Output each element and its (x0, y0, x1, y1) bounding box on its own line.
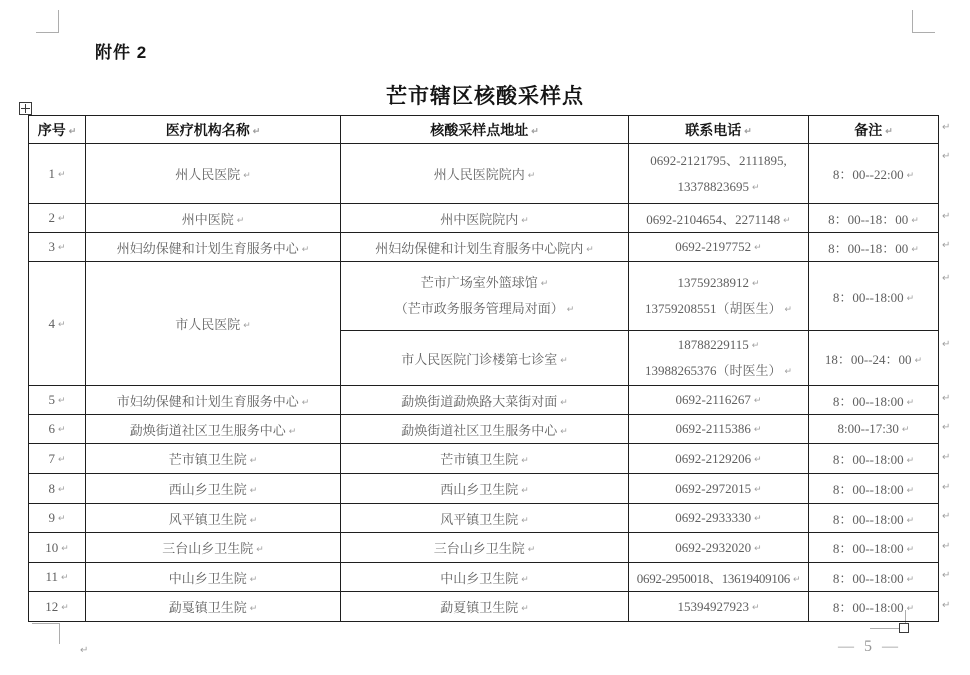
cell-note: 8：00--18:00 (809, 504, 939, 533)
cell-address: 西山乡卫生院 (341, 474, 629, 504)
cell-institution: 州中医院 (86, 204, 341, 233)
cell-no: 12 (29, 592, 86, 622)
cell-address: 勐夏镇卫生院 (341, 592, 629, 622)
cell-no: 9 (29, 504, 86, 533)
paragraph-mark-icon (942, 536, 954, 548)
crop-mark-top-left-icon (36, 10, 59, 33)
cell-institution: 三台山乡卫生院 (86, 533, 341, 563)
cell-no: 1 (29, 144, 86, 204)
table-row: 12 勐戛镇卫生院 勐夏镇卫生院 15394927923 8：00--18:00 (29, 592, 939, 622)
table-row: 5 市妇幼保健和计划生育服务中心 勐焕街道勐焕路大菜街对面 0692-21162… (29, 386, 939, 415)
table-row: 4 市人民医院 芒市广场室外篮球馆 （芒市政务服务管理局对面） 13759238… (29, 262, 939, 331)
paragraph-mark-icon (942, 117, 954, 129)
cell-no: 7 (29, 444, 86, 474)
paragraph-mark-icon (942, 146, 954, 158)
cell-phone: 18788229115 13988265376（时医生） (629, 331, 809, 386)
header-address: 核酸采样点地址 (341, 116, 629, 144)
cell-institution: 市人民医院 (86, 262, 341, 386)
cell-phone: 0692-2116267 (629, 386, 809, 415)
cell-institution: 中山乡卫生院 (86, 563, 341, 592)
cell-no: 5 (29, 386, 86, 415)
cell-phone: 13759238912 13759208551（胡医生） (629, 262, 809, 331)
page-title: 芒市辖区核酸采样点 (0, 80, 970, 110)
cell-institution: 州妇幼保健和计划生育服务中心 (86, 233, 341, 262)
document-page: 附件 2 芒市辖区核酸采样点 序号 医疗机构名称 核酸采样点地址 联系电话 备注… (0, 0, 970, 675)
header-no: 序号 (29, 116, 86, 144)
table-row: 9 风平镇卫生院 风平镇卫生院 0692-2933330 8：00--18:00 (29, 504, 939, 533)
header-phone: 联系电话 (629, 116, 809, 144)
paragraph-mark-icon (942, 477, 954, 489)
cell-phone: 0692-2950018、13619409106 (629, 563, 809, 592)
sampling-points-table: 序号 医疗机构名称 核酸采样点地址 联系电话 备注 1 州人民医院 州人民医院院… (28, 115, 939, 622)
cell-address: 中山乡卫生院 (341, 563, 629, 592)
paragraph-mark-icon (942, 417, 954, 429)
header-institution: 医疗机构名称 (86, 116, 341, 144)
cell-address: 州中医院院内 (341, 204, 629, 233)
cell-address: 芒市广场室外篮球馆 （芒市政务服务管理局对面） (341, 262, 629, 331)
cell-note: 8：00--18:00 (809, 533, 939, 563)
paragraph-mark-icon (942, 206, 954, 218)
paragraph-mark-icon (942, 595, 954, 607)
table-row: 2 州中医院 州中医院院内 0692-2104654、2271148 8：00-… (29, 204, 939, 233)
paragraph-mark-icon (942, 447, 954, 459)
table-row: 6 勐焕街道社区卫生服务中心 勐焕街道社区卫生服务中心 0692-2115386… (29, 415, 939, 444)
paragraph-mark-icon (942, 388, 954, 400)
cell-institution: 市妇幼保健和计划生育服务中心 (86, 386, 341, 415)
header-note: 备注 (809, 116, 939, 144)
paragraph-mark-icon (942, 334, 954, 346)
cell-no: 11 (29, 563, 86, 592)
cell-phone: 0692-2121795、2111895, 13378823695 (629, 144, 809, 204)
cell-note: 8：00--18:00 (809, 474, 939, 504)
table-row: 8 西山乡卫生院 西山乡卫生院 0692-2972015 8：00--18:00 (29, 474, 939, 504)
cell-phone: 0692-2933330 (629, 504, 809, 533)
cell-address: 三台山乡卫生院 (341, 533, 629, 563)
table-resize-handle-icon[interactable] (899, 623, 909, 633)
cell-no: 3 (29, 233, 86, 262)
cell-note: 8：00--18:00 (809, 592, 939, 622)
cell-note: 8：00--18:00 (809, 563, 939, 592)
cell-institution: 西山乡卫生院 (86, 474, 341, 504)
paragraph-mark-icon (80, 640, 92, 652)
cell-phone: 15394927923 (629, 592, 809, 622)
cell-note: 18：00--24：00 (809, 331, 939, 386)
cell-phone: 0692-2104654、2271148 (629, 204, 809, 233)
cell-no: 10 (29, 533, 86, 563)
cell-phone: 0692-2932020 (629, 533, 809, 563)
cell-address: 风平镇卫生院 (341, 504, 629, 533)
cell-note: 8：00--18:00 (809, 386, 939, 415)
crop-mark-bottom-left-icon (32, 623, 60, 644)
cell-no: 8 (29, 474, 86, 504)
cell-note: 8：00--22:00 (809, 144, 939, 204)
attachment-label: 附件 2 (95, 38, 147, 63)
cell-note: 8:00--17:30 (809, 415, 939, 444)
cell-institution: 州人民医院 (86, 144, 341, 204)
cell-address: 芒市镇卫生院 (341, 444, 629, 474)
cell-institution: 勐戛镇卫生院 (86, 592, 341, 622)
cell-address: 勐焕街道社区卫生服务中心 (341, 415, 629, 444)
table-row: 11 中山乡卫生院 中山乡卫生院 0692-2950018、1361940910… (29, 563, 939, 592)
cell-no: 2 (29, 204, 86, 233)
cell-institution: 勐焕街道社区卫生服务中心 (86, 415, 341, 444)
cell-address: 勐焕街道勐焕路大菜街对面 (341, 386, 629, 415)
cell-note: 8：00--18:00 (809, 444, 939, 474)
paragraph-mark-icon (942, 506, 954, 518)
paragraph-mark-icon (942, 235, 954, 247)
table-row: 3 州妇幼保健和计划生育服务中心 州妇幼保健和计划生育服务中心院内 0692-2… (29, 233, 939, 262)
cell-note: 8：00--18：00 (809, 204, 939, 233)
paragraph-mark-icon (942, 268, 954, 280)
cell-phone: 0692-2972015 (629, 474, 809, 504)
table-row: 10 三台山乡卫生院 三台山乡卫生院 0692-2932020 8：00--18… (29, 533, 939, 563)
cell-address: 州人民医院院内 (341, 144, 629, 204)
cell-address: 州妇幼保健和计划生育服务中心院内 (341, 233, 629, 262)
cell-phone: 0692-2115386 (629, 415, 809, 444)
table-row: 1 州人民医院 州人民医院院内 0692-2121795、2111895, 13… (29, 144, 939, 204)
cell-note: 8：00--18：00 (809, 233, 939, 262)
cell-phone: 0692-2129206 (629, 444, 809, 474)
cell-no: 4 (29, 262, 86, 386)
page-number: — 5 — (838, 638, 901, 656)
cell-institution: 芒市镇卫生院 (86, 444, 341, 474)
cell-address: 市人民医院门诊楼第七诊室 (341, 331, 629, 386)
table-row: 7 芒市镇卫生院 芒市镇卫生院 0692-2129206 8：00--18:00 (29, 444, 939, 474)
cell-phone: 0692-2197752 (629, 233, 809, 262)
cell-no: 6 (29, 415, 86, 444)
paragraph-mark-icon (942, 565, 954, 577)
crop-mark-top-right-icon (912, 10, 935, 33)
table-move-handle-icon[interactable] (19, 102, 32, 115)
cell-institution: 风平镇卫生院 (86, 504, 341, 533)
table-header-row: 序号 医疗机构名称 核酸采样点地址 联系电话 备注 (29, 116, 939, 144)
cell-note: 8：00--18:00 (809, 262, 939, 331)
